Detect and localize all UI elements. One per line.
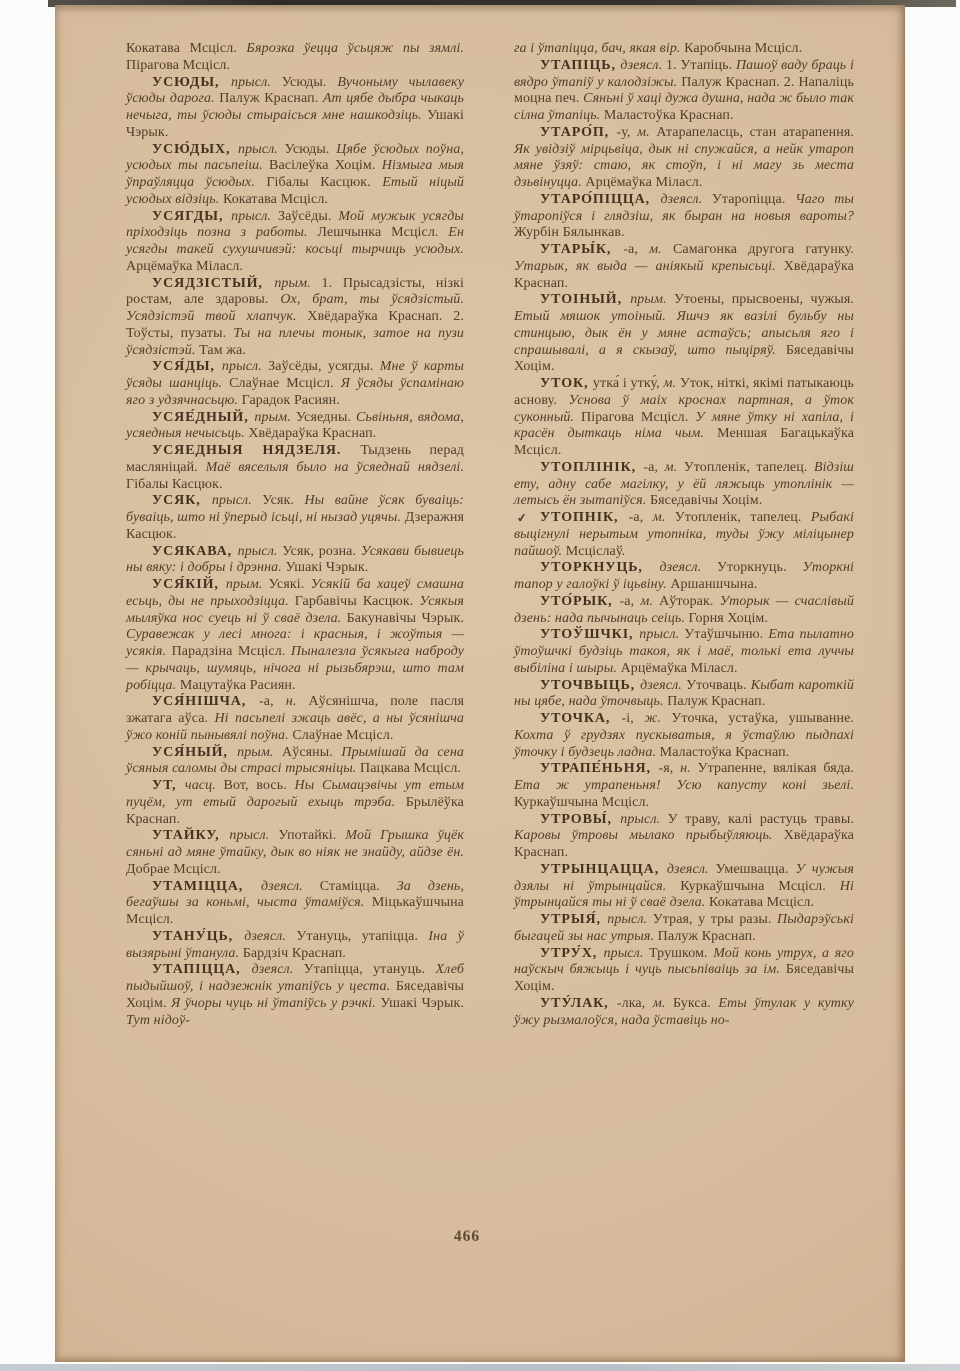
dictionary-entry: УСЯКАВА, прысл. Усяк, розна. Усякави быв…	[126, 544, 464, 578]
definition-text: -у,	[616, 125, 637, 140]
example-text: прым.	[226, 577, 269, 592]
dictionary-entry: УТОІНЫЙ, прым. Утоены, прысвоены, чужыя.…	[514, 292, 854, 376]
dictionary-entry: УТАНУ́ЦЬ, дзеясл. Утануць, утапіцца. Іна…	[126, 929, 464, 963]
headword: УТОІНЫЙ,	[540, 292, 630, 307]
definition-text: Утрая, у тры разы.	[653, 912, 777, 927]
definition-text: -лка,	[617, 996, 653, 1011]
definition-text: Бакунавічы Чэрык.	[347, 611, 464, 626]
example-text: прысл.	[639, 627, 684, 642]
definition-text: Куркаўшчына Мсцісл.	[514, 795, 649, 810]
headword: УТО́РЫК,	[540, 594, 620, 609]
example-text: м.	[653, 996, 673, 1011]
headword: УТОПЛІНІК,	[540, 460, 643, 475]
definition-text: Кокатава Мсцісл.	[709, 895, 814, 910]
definition-text: Усякі.	[269, 577, 311, 592]
definition-text: 1. Утапіць.	[666, 58, 736, 73]
definition-text: Горня Хоцім.	[689, 611, 768, 626]
dictionary-entry: Кокатава Мсцісл. Бярозка ўецца ўсьцяж пы…	[126, 41, 464, 75]
definition-text: Палуж Краснап.	[667, 694, 765, 709]
definition-text: Утрапенне, вялікая бяда.	[698, 761, 854, 776]
definition-text: -а,	[623, 242, 649, 257]
definition-text: Вот, вось.	[224, 778, 295, 793]
definition-text: -і,	[622, 711, 645, 726]
example-text: прысл.	[604, 946, 650, 961]
definition-text: Мсціслаў.	[566, 544, 625, 559]
example-text: прысл.	[212, 493, 262, 508]
dictionary-entry: га і ўтапіцца, бач, якая вір. Каробчына …	[514, 41, 854, 58]
definition-text: Арцёмаўка Міласл.	[621, 661, 738, 676]
definition-text: Лешчынка Мсцісл.	[317, 225, 448, 240]
example-text: прысл.	[231, 209, 278, 224]
definition-text: Усюды.	[285, 142, 337, 157]
definition-text: Утануць, утапіцца.	[296, 929, 428, 944]
headword: УСЯ́КІЙ,	[152, 577, 226, 592]
headword: УТАПІЦЦА,	[152, 962, 252, 977]
dictionary-page: Кокатава Мсцісл. Бярозка ўецца ўсьцяж пы…	[55, 5, 905, 1362]
example-text: дзеясл.	[261, 879, 320, 894]
headword: УСЯ́НЫЙ,	[152, 745, 237, 760]
headword: УСЮДЫ,	[152, 75, 231, 90]
dictionary-entry: УТАРО́ПІЦЦА, дзеясл. Утаропіцца. Чаго ты…	[514, 192, 854, 242]
definition-text: Заўсёды.	[278, 209, 338, 224]
example-text: прысл.	[607, 912, 652, 927]
dictionary-entry: УСЯЕДНЫЯ НЯДЗЕЛЯ. Тыдзень перад масляніц…	[126, 443, 464, 493]
definition-text: Гібалы Касцюк.	[126, 477, 223, 492]
headword: УТАНУ́ЦЬ,	[152, 929, 244, 944]
example-text: прым.	[237, 745, 282, 760]
example-text: дзеясл.	[667, 862, 716, 877]
definition-text: Бардзіч Краснап.	[243, 946, 346, 961]
example-text: дзеясл.	[640, 678, 686, 693]
definition-text: Заўсёды, усягды.	[268, 359, 380, 374]
headword: УСЯЕДНЫЯ НЯДЗЕЛЯ.	[152, 443, 360, 458]
dictionary-entry: УТАПІЦЬ, дзеясл. 1. Утапіць. Пашоў ваду …	[514, 58, 854, 125]
headword: УТАМІЦЦА,	[152, 879, 261, 894]
dictionary-entry: УТАМІЦЦА, дзеясл. Стаміцца. За дзень, бе…	[126, 879, 464, 929]
definition-text: -а,	[629, 510, 653, 525]
definition-text: Утаропіцца.	[712, 192, 795, 207]
headword: УТАРО́ПІЦЦА,	[540, 192, 660, 207]
dictionary-entry: УТРАПЕ́НЬНЯ, -я, н. Утрапенне, вялікая б…	[514, 761, 854, 811]
headword: УТАРО́П,	[540, 125, 616, 140]
scanner-edge-bottom	[0, 1364, 960, 1371]
dictionary-entry: УТАРО́П, -у, м. Атарапеласць, стан атара…	[514, 125, 854, 192]
page-number: 466	[407, 1228, 527, 1246]
example-text: н.	[680, 761, 697, 776]
headword: УТОРКНУЦЬ,	[540, 560, 659, 575]
headword: УСЯ́ДЫ,	[152, 359, 222, 374]
definition-text: Употайкі.	[278, 828, 345, 843]
example-text: дзеясл.	[252, 962, 304, 977]
dictionary-entry: УСЯ́ДЫ, прысл. Заўсёды, усягды. Мне ў ка…	[126, 359, 464, 409]
definition-text: Арцёмаўка Міласл.	[585, 175, 702, 190]
headword: УТАПІЦЬ,	[540, 58, 620, 73]
headword: УТРЫЯ́,	[540, 912, 607, 927]
definition-text: Уточка, устаўка, ушыванне.	[671, 711, 854, 726]
example-text: ж.	[644, 711, 671, 726]
headword: УСЯКАВА,	[152, 544, 238, 559]
dictionary-entry: УТАЙКУ, прысл. Употайкі. Мой Грышка ўцёк…	[126, 828, 464, 878]
definition-text: Гарбавічы Касцюк.	[295, 594, 420, 609]
definition-text: Гарадок Расиян.	[242, 393, 340, 408]
dictionary-entry: УТРЫЯ́, прысл. Утрая, у тры разы. Пыдарэ…	[514, 912, 854, 946]
headword: УСЯ́НІШЧА,	[152, 694, 259, 709]
dictionary-entry: УСЯ́НЫЙ, прым. Аўсяны. Прымішай да сена …	[126, 745, 464, 779]
dictionary-entry: УТРУ́Х, прысл. Трушком. Мой конь утрух, …	[514, 946, 854, 996]
dictionary-entry: УТОК, утка́ і утку́, м. Уток, ніткі, які…	[514, 376, 854, 460]
definition-text: Ушакі Чэрык.	[380, 996, 464, 1011]
definition-text: Атарапеласць, стан атарапення.	[656, 125, 854, 140]
definition-text: -я,	[658, 761, 680, 776]
dictionary-entry: УСЯ́КІЙ, прым. Усякі. Усякій ба хацеў см…	[126, 577, 464, 694]
headword: УСЮ́ДЫХ,	[152, 142, 238, 157]
definition-text: Ушакі Чэрык.	[285, 560, 368, 575]
headword: УТОЧКА,	[540, 711, 622, 726]
example-text: прым.	[630, 292, 674, 307]
example-text: дзеясл.	[659, 560, 717, 575]
dictionary-entry: УТАПІЦЦА, дзеясл. Утапіцца, утануць. Хле…	[126, 962, 464, 1029]
definition-text: -а,	[259, 694, 286, 709]
definition-text: Стаміцца.	[320, 879, 397, 894]
definition-text: Хвёдараўка Краснап.	[248, 426, 376, 441]
example-text: часц.	[185, 778, 224, 793]
example-text: га і ўтапіцца, бач, якая вір.	[514, 41, 684, 56]
example-text: Бярозка ўецца ўсьцяж пы зямлі.	[246, 41, 464, 56]
dictionary-entry: УТОЧКА, -і, ж. Уточка, устаўка, ушыванне…	[514, 711, 854, 761]
example-text: м.	[664, 376, 680, 391]
definition-text: Аўторак.	[659, 594, 720, 609]
example-text: Ета ж утрапеньня! Усю капусту коні зьелі…	[514, 778, 854, 793]
definition-text: Кокатава Мсцісл.	[126, 41, 246, 56]
example-text: прысл.	[229, 828, 278, 843]
dictionary-entry: УТОЎШЧКІ, прысл. Утаўшчыню. Ета пылатно …	[514, 627, 854, 677]
headword: УТОПНІК,	[540, 510, 629, 525]
definition-text: Утопленік, тапелец.	[684, 460, 814, 475]
definition-text: Палуж Краснап.	[219, 91, 323, 106]
definition-text: Усяк, розна.	[282, 544, 361, 559]
definition-text: Каробчына Мсцісл.	[684, 41, 802, 56]
example-text: м.	[649, 242, 673, 257]
dictionary-entry: УСЯ́НІШЧА, -а, н. Аўсянішча, поле пасля …	[126, 694, 464, 744]
dictionary-entry: УТРОВЫ́, прысл. У траву, калі растуць тр…	[514, 812, 854, 862]
example-text: прысл.	[620, 812, 667, 827]
definition-text: Уторкнуць.	[717, 560, 802, 575]
example-text: прым.	[254, 410, 295, 425]
definition-text: Утапіцца, утануць.	[304, 962, 436, 977]
definition-text: Усяк.	[262, 493, 304, 508]
headword: УТРУ́Х,	[540, 946, 604, 961]
definition-text: Утоены, прысвоены, чужыя.	[674, 292, 854, 307]
headword: УСЯДЗІСТЫЙ,	[152, 276, 274, 291]
dictionary-entry: УСЯК, прысл. Усяк. Ны вайне ўсяк буваіць…	[126, 493, 464, 543]
definition-text: Гібалы Касцюк.	[266, 175, 382, 190]
definition-text: Аршаншчына.	[670, 577, 757, 592]
definition-text: Добрае Мсцісл.	[126, 862, 221, 877]
dictionary-entry: ✔УТОПНІК, -а, м. Утопленік, тапелец. Рыб…	[514, 510, 854, 560]
definition-text: Умешвацца.	[716, 862, 796, 877]
definition-text: Кокатава Мсцісл.	[223, 192, 328, 207]
definition-text: Слаўнае Мсцісл.	[292, 728, 393, 743]
definition-text: Маластоўка Краснап.	[660, 745, 790, 760]
headword: УТРАПЕ́НЬНЯ,	[540, 761, 658, 776]
example-text: м.	[640, 594, 659, 609]
example-text: м.	[637, 125, 656, 140]
dictionary-entry: УТУ́ЛАК, -лка, м. Букса. Еты ўтулак у ку…	[514, 996, 854, 1030]
dictionary-entry: УТОЧВЫЦЬ, дзеясл. Уточваць. Кыбат каротк…	[514, 678, 854, 712]
dictionary-entry: УТ, часц. Вот, вось. Ны Сымацэвічы ут ет…	[126, 778, 464, 828]
definition-text: Пірагова Мсцісл.	[581, 410, 695, 425]
headword: УТРОВЫ́,	[540, 812, 620, 827]
definition-text: Бяседавічы Хоцім.	[650, 493, 762, 508]
example-text: м.	[665, 460, 684, 475]
definition-text: У траву, калі растуць травы.	[668, 812, 854, 827]
definition-text: Утаўшчыню.	[684, 627, 768, 642]
definition-text: Там жа.	[199, 343, 246, 358]
definition-text: Пацкава Мсцісл.	[360, 761, 461, 776]
definition-text: Усюды.	[282, 75, 338, 90]
headword: УТУ́ЛАК,	[540, 996, 617, 1011]
example-text: м.	[653, 510, 675, 525]
definition-text: Аўсяны.	[282, 745, 341, 760]
definition-text: утка́ і утку́,	[593, 376, 664, 391]
definition-text: Усяедны.	[296, 410, 356, 425]
headword: УТОЧВЫЦЬ,	[540, 678, 640, 693]
definition-text: Васілеўка Хоцім.	[269, 158, 382, 173]
dictionary-entry: УСЯДЗІСТЫЙ, прым. 1. Прысадзісты, нізкі …	[126, 276, 464, 360]
example-text: Тут нідоў-	[126, 1013, 190, 1028]
definition-text: Мацутаўка Расиян.	[180, 678, 296, 693]
example-text: дзеясл.	[244, 929, 296, 944]
example-text: Маё вясельля было на ўсяеднай нядзелі.	[206, 460, 464, 475]
definition-text: Маластоўка Краснап.	[604, 108, 734, 123]
definition-text: -а,	[620, 594, 641, 609]
dictionary-entry: УТОРКНУЦЬ, дзеясл. Уторкнуць. Уторкні та…	[514, 560, 854, 594]
definition-text: Слаўнае Мсцісл.	[229, 376, 341, 391]
headword: УТРЫНЦАЦЦА,	[540, 862, 667, 877]
dictionary-entry: УТРЫНЦАЦЦА, дзеясл. Умешвацца. У чужыя д…	[514, 862, 854, 912]
example-text: дзеясл.	[660, 192, 711, 207]
scanned-book-page: Кокатава Мсцісл. Бярозка ўецца ўсьцяж пы…	[0, 0, 960, 1371]
headword: УСЯК,	[152, 493, 212, 508]
headword: УСЯГДЫ,	[152, 209, 231, 224]
definition-text: -а,	[643, 460, 664, 475]
definition-text: Журбін Бялынкав.	[514, 225, 625, 240]
headword: УТ,	[152, 778, 185, 793]
dictionary-entry: УТАРЫ́К, -а, м. Самагонка другога гатунк…	[514, 242, 854, 292]
dictionary-entry: УСЮДЫ, прысл. Усюды. Вучоныму чылавеку ў…	[126, 75, 464, 142]
example-text: дзеясл.	[620, 58, 666, 73]
dictionary-entry: УСЯГДЫ, прысл. Заўсёды. Мой мужык усягды…	[126, 209, 464, 276]
dictionary-entry: УТО́РЫК, -а, м. Аўторак. Уторык — счаслі…	[514, 594, 854, 628]
definition-text: Самагонка другога гатунку.	[673, 242, 854, 257]
headword: УТАРЫ́К,	[540, 242, 623, 257]
dictionary-entry: УСЯЕ́ДНЫЙ, прым. Усяедны. Сьвіньня, вядо…	[126, 410, 464, 444]
headword: УСЯЕ́ДНЫЙ,	[152, 410, 254, 425]
dictionary-entry: УСЮ́ДЫХ, прысл. Усюды. Цябе ўсюдых поўна…	[126, 142, 464, 209]
definition-text: Арцёмаўка Міласл.	[126, 259, 243, 274]
headword: УТАЙКУ,	[152, 828, 229, 843]
right-text-column: га і ўтапіцца, бач, якая вір. Каробчына …	[514, 41, 854, 1029]
example-text: прысл.	[222, 359, 268, 374]
pencil-checkmark-icon: ✔	[516, 509, 528, 527]
definition-text: Трушком.	[649, 946, 713, 961]
definition-text: Утопленік, тапелец.	[675, 510, 811, 525]
example-text: Утарык, як выда — аніякый крепысьці.	[514, 259, 784, 274]
definition-text: Уточваць.	[686, 678, 751, 693]
headword: УТОК,	[540, 376, 593, 391]
example-text: прысл.	[231, 75, 282, 90]
definition-text: Букса.	[673, 996, 718, 1011]
dictionary-entry: УТОПЛІНІК, -а, м. Утопленік, тапелец. Ві…	[514, 460, 854, 510]
example-text: прысл.	[238, 142, 285, 157]
headword: УТОЎШЧКІ,	[540, 627, 639, 642]
example-text: прысл.	[238, 544, 283, 559]
example-text: Я ўчоры чуць ні ўтапіўсь у рэчкі.	[171, 996, 380, 1011]
example-text: н.	[286, 694, 309, 709]
definition-text: Пірагова Мсцісл.	[126, 58, 230, 73]
definition-text: Палуж Краснап.	[658, 929, 756, 944]
example-text: Каровы ўтровы мылако прыбыўляюць.	[514, 828, 784, 843]
definition-text: Куркаўшчына Мсцісл.	[680, 879, 840, 894]
left-text-column: Кокатава Мсцісл. Бярозка ўецца ўсьцяж пы…	[126, 41, 464, 1029]
definition-text: Парадзіна Мсцісл.	[172, 644, 291, 659]
example-text: прым.	[274, 276, 321, 291]
